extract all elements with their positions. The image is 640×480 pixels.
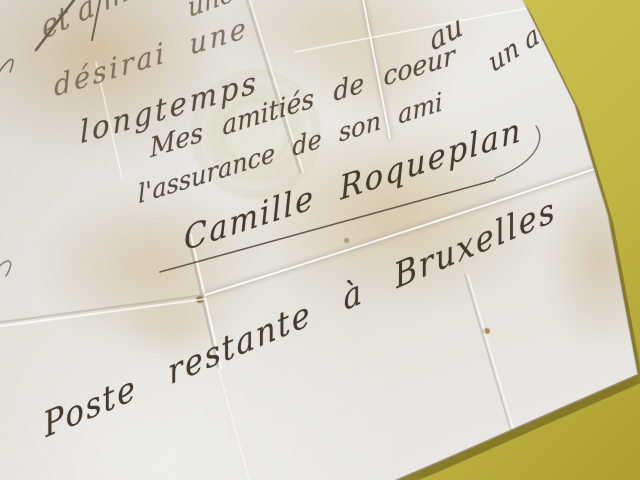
rust-speck: [571, 20, 576, 25]
letter-photograph: et à ma une au un ami désirai une au lon…: [0, 0, 640, 480]
letter-paper: et à ma une au un ami désirai une au lon…: [0, 0, 640, 480]
